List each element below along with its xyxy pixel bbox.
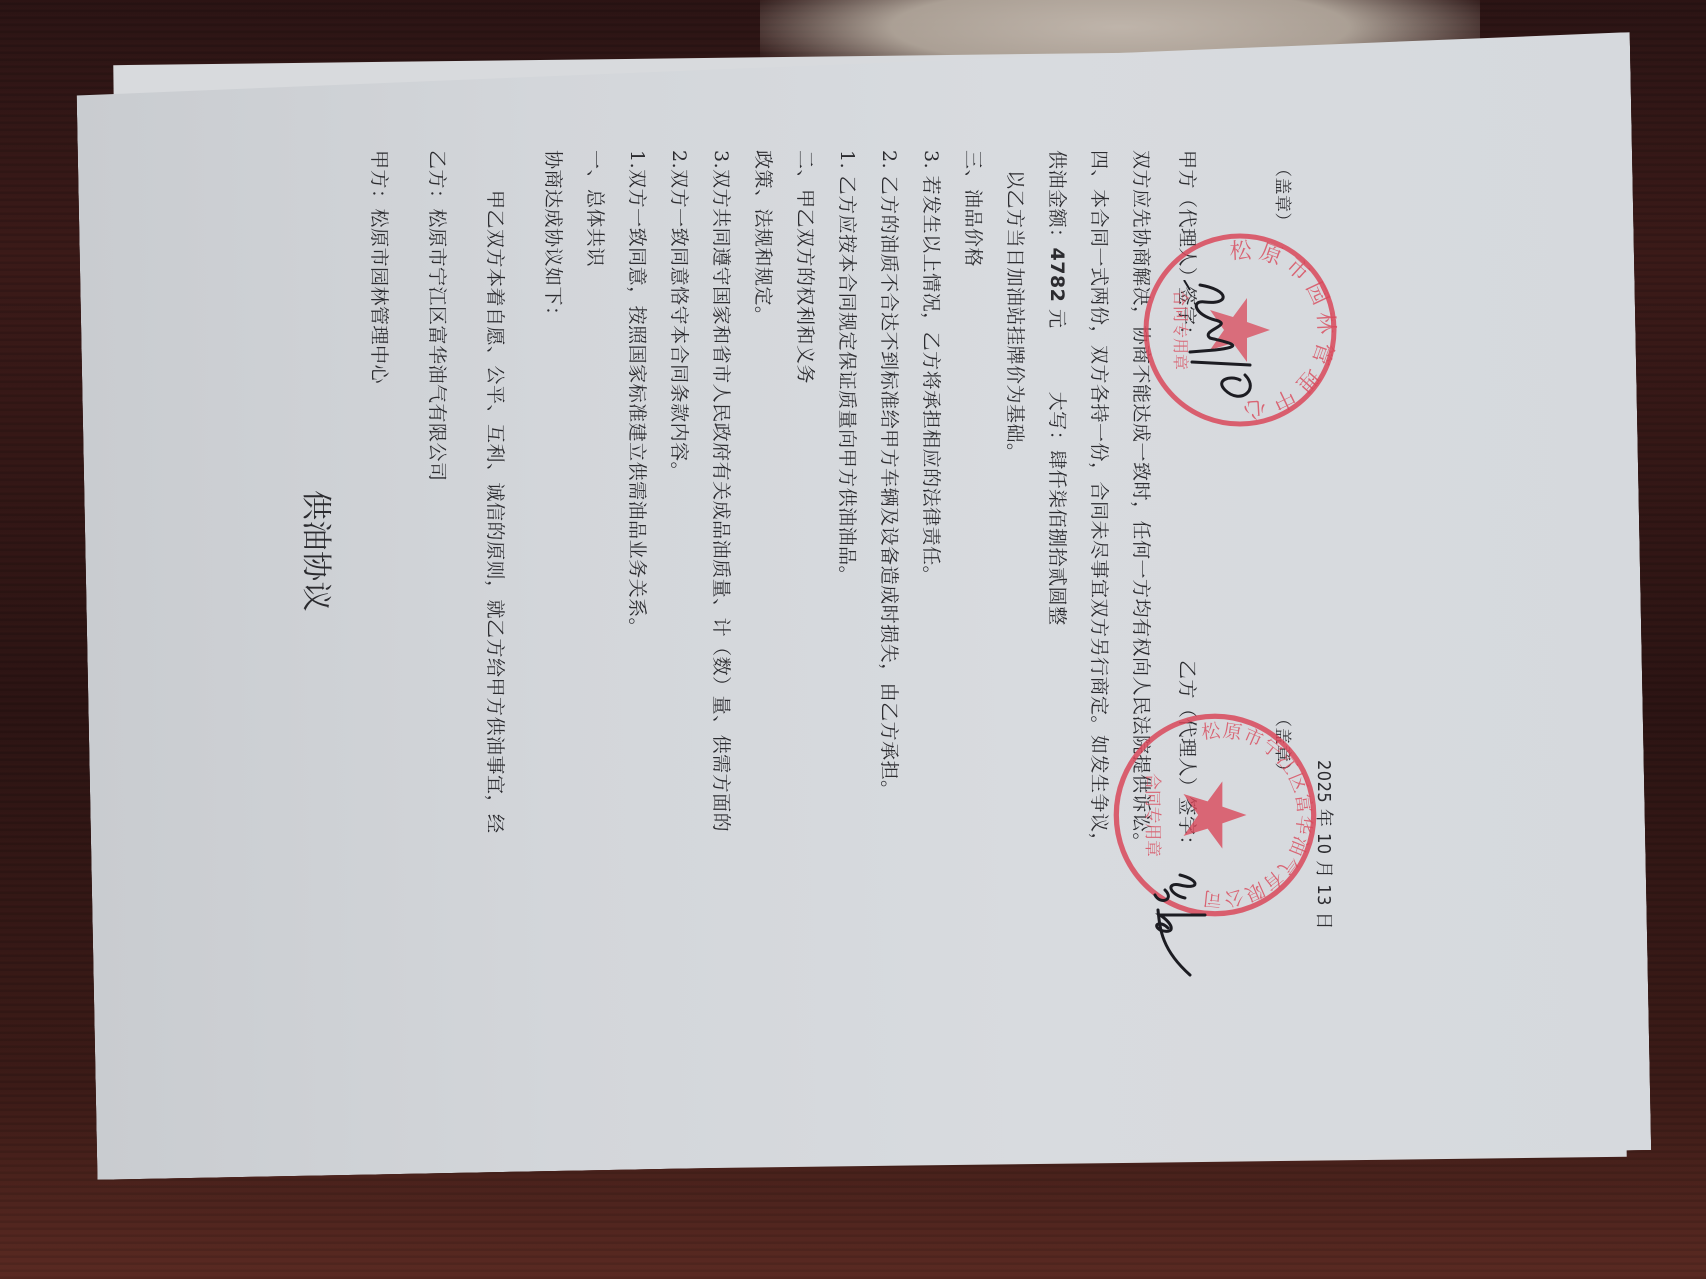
party-b-handwritten-signature — [1150, 870, 1220, 980]
section-1-item-3: 3.双方共同遵守国家和省市人民政府有关成品油质量、计（数）量、供需方面的 — [711, 150, 730, 832]
section-3-heading: 三、油品价格 — [963, 150, 982, 267]
section-1-item-3-cont: 政策、法规和规定。 — [753, 150, 772, 326]
party-b-name: 松原市宁江区富华油气有限公司 — [426, 209, 448, 482]
price-basis: 以乙方当日加油站挂牌价为基础。 — [1005, 170, 1024, 463]
party-b-label: 乙方： — [426, 150, 448, 209]
amount-line: 供油金额：4782 元 大写：肆仟柒佰捌拾贰圆整 — [1047, 150, 1066, 626]
party-a-label: 甲方： — [368, 150, 390, 209]
intro-line-1: 甲乙双方本着自愿、公平、互利、诚信的原则，就乙方给甲方供油事宜，经 — [485, 190, 504, 834]
section-2-item-1: 1. 乙方应按本合同规定保证质量向甲方供油油品。 — [837, 150, 856, 585]
intro-line-2: 协商达成协议如下： — [543, 150, 562, 326]
party-b-line: 乙方：松原市宁江区富华油气有限公司 — [427, 150, 446, 482]
section-1-heading: 一、总体共识 — [585, 150, 604, 267]
party-a-handwritten-signature — [1180, 280, 1270, 410]
party-a-line: 甲方：松原市园林管理中心 — [369, 150, 388, 384]
section-2-item-2: 2. 乙方的油质不合达不到标准给甲方车辆及设备造成时损失，由乙方承担。 — [879, 150, 898, 800]
contract-document: 供油协议 甲方：松原市园林管理中心 乙方：松原市宁江区富华油气有限公司 甲乙双方… — [190, 150, 1390, 1050]
amount-unit: 元 — [1046, 309, 1068, 329]
section-4-line-1: 四、本合同一式两份，双方各持一份，合同未尽事宜双方另行商定。如发生争议， — [1089, 150, 1108, 852]
star-icon — [1184, 781, 1247, 848]
document-title: 供油协议 — [300, 490, 330, 612]
section-1-item-2: 2.双方一致同意恪守本合同条款内容。 — [669, 150, 688, 481]
section-2-heading: 二、甲乙双方的权利和义务 — [795, 150, 814, 384]
seal-label-a: （盖章） — [1273, 160, 1290, 230]
amount-words-label: 大写： — [1046, 392, 1068, 451]
amount-label: 供油金额： — [1046, 150, 1068, 248]
party-b-seal-bottom-text: 合同专用章 — [1143, 773, 1163, 857]
party-a-name: 松原市园林管理中心 — [368, 209, 390, 385]
section-1-item-1: 1.双方一致同意，按照国家标准建立供需油品业务关系。 — [627, 150, 646, 637]
section-2-item-3: 3. 若发生以上情况，乙方将承担相应的法律责任。 — [921, 150, 940, 585]
amount-value: 4782 — [1046, 248, 1068, 303]
amount-words: 肆仟柒佰捌拾贰圆整 — [1046, 450, 1068, 626]
